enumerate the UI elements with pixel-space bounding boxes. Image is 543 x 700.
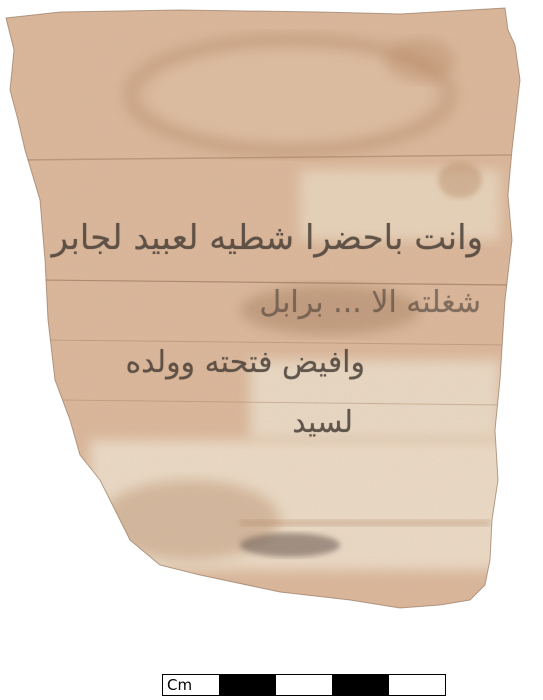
scale-segment-3	[276, 675, 332, 695]
cm-scale-bar: Cm	[162, 674, 446, 696]
manuscript-line-4: لسيد	[292, 405, 353, 440]
scale-segment-5	[389, 675, 445, 695]
manuscript-line-1: وانت باحضرا شطيه لعبيد لجابر	[52, 218, 483, 258]
scale-segment-1: Cm	[163, 675, 219, 695]
scale-segment-2	[219, 675, 275, 695]
manuscript-photo: وانت باحضرا شطيه لعبيد لجابر شغلته الا .…	[0, 0, 543, 700]
manuscript-line-3: وافيض فتحته وولده	[125, 345, 365, 380]
scale-segment-4	[332, 675, 388, 695]
manuscript-line-2: شغلته الا ... برابل	[259, 285, 481, 320]
scale-label: Cm	[167, 676, 192, 694]
